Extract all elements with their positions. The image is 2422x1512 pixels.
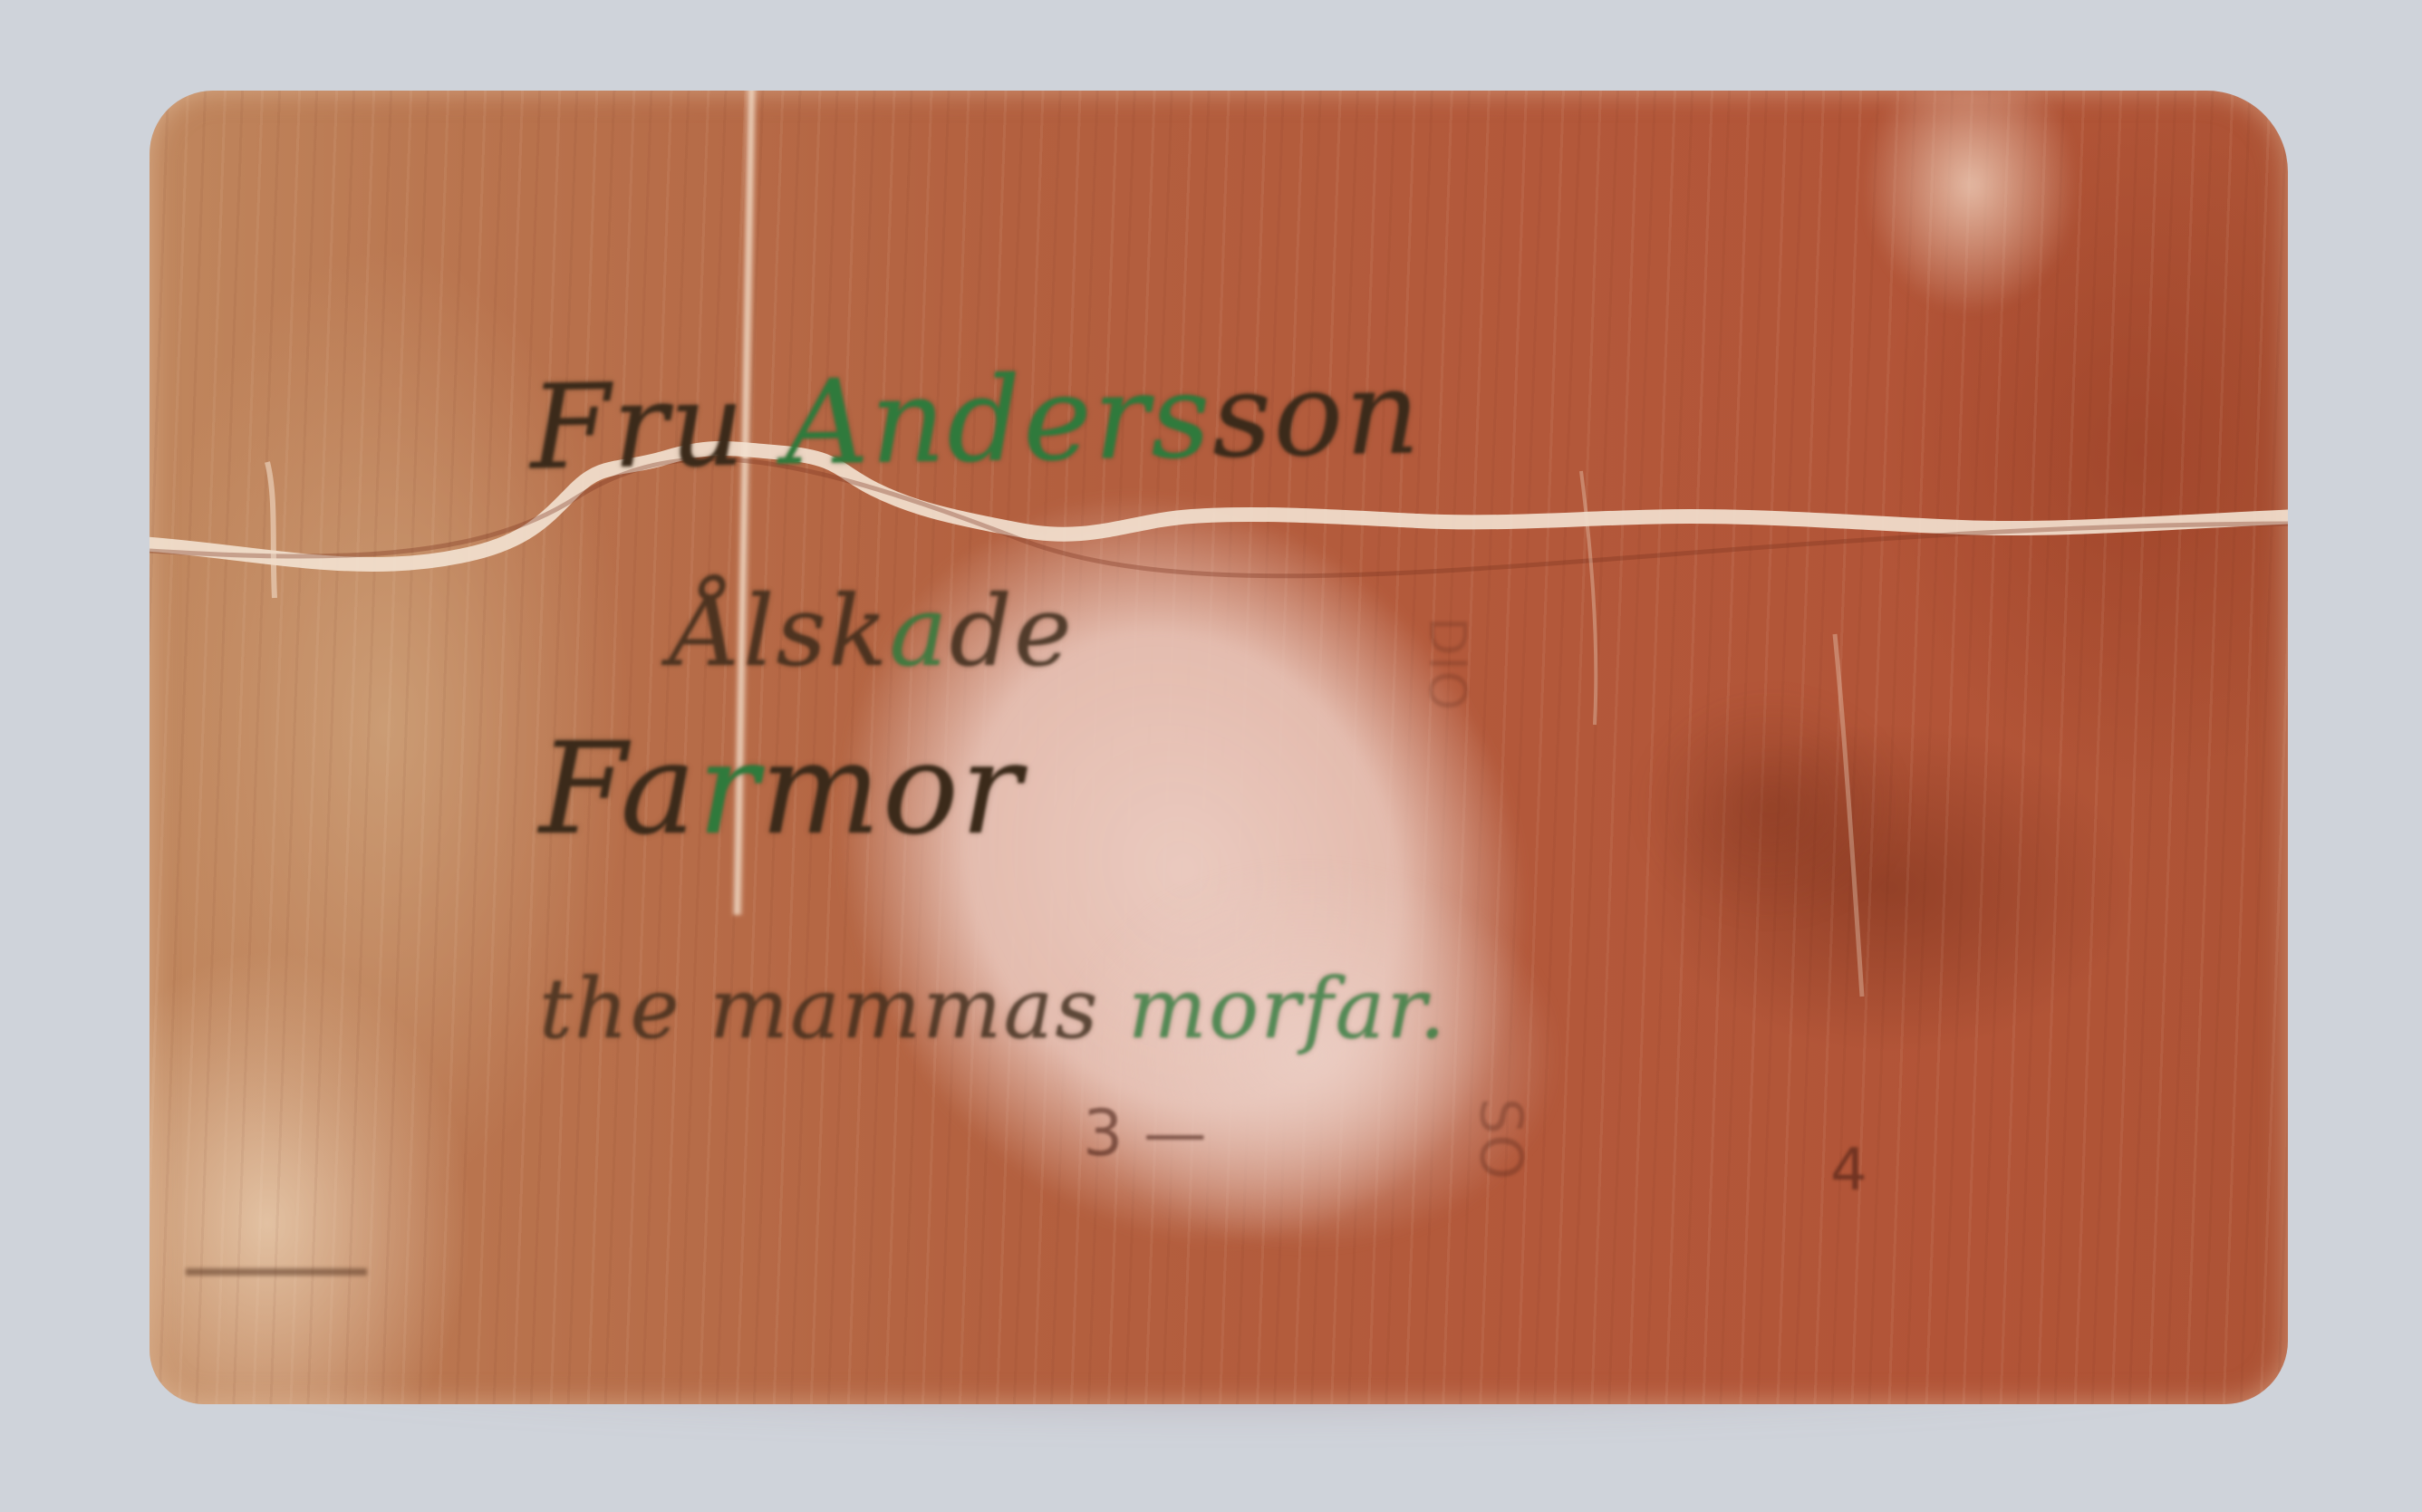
- line4-part-c: morfar.: [1128, 960, 1448, 1057]
- mark-bottom-right: 4: [1830, 1137, 1867, 1204]
- antique-card: Fru Andersson Ålskade Farmor the mammas …: [150, 91, 2288, 1404]
- line4-part-b: mammas: [709, 960, 1128, 1057]
- handwritten-line-4: the mammas morfar.: [539, 960, 1447, 1057]
- line2-part-b: a: [889, 575, 949, 689]
- mark-vertical: SO: [1467, 1098, 1534, 1180]
- line2-part-c: de: [950, 575, 1074, 689]
- line3-part-c: mor: [760, 716, 1023, 863]
- line2-part-a: Ålsk: [671, 575, 889, 689]
- line3-part-a: Fa: [539, 716, 698, 863]
- line3-part-b: r: [698, 716, 760, 863]
- handwritten-line-3: Farmor: [539, 716, 1023, 863]
- line1-part-a: Fru: [529, 357, 786, 496]
- line4-part-a: the: [539, 960, 709, 1057]
- line1-part-c: son: [1211, 345, 1423, 484]
- horizontal-tear: [150, 91, 2288, 1404]
- edge-pencil-line: [186, 1268, 367, 1276]
- line1-part-b: Anders: [784, 349, 1213, 491]
- handwritten-line-2: Ålskade: [671, 575, 1074, 689]
- photo-scene: Fru Andersson Ålskade Farmor the mammas …: [0, 0, 2422, 1512]
- mark-bottom-left: 3 —: [1083, 1096, 1207, 1170]
- mark-side-print: DIO: [1417, 617, 1476, 711]
- handwritten-line-1: Fru Andersson: [529, 345, 1423, 496]
